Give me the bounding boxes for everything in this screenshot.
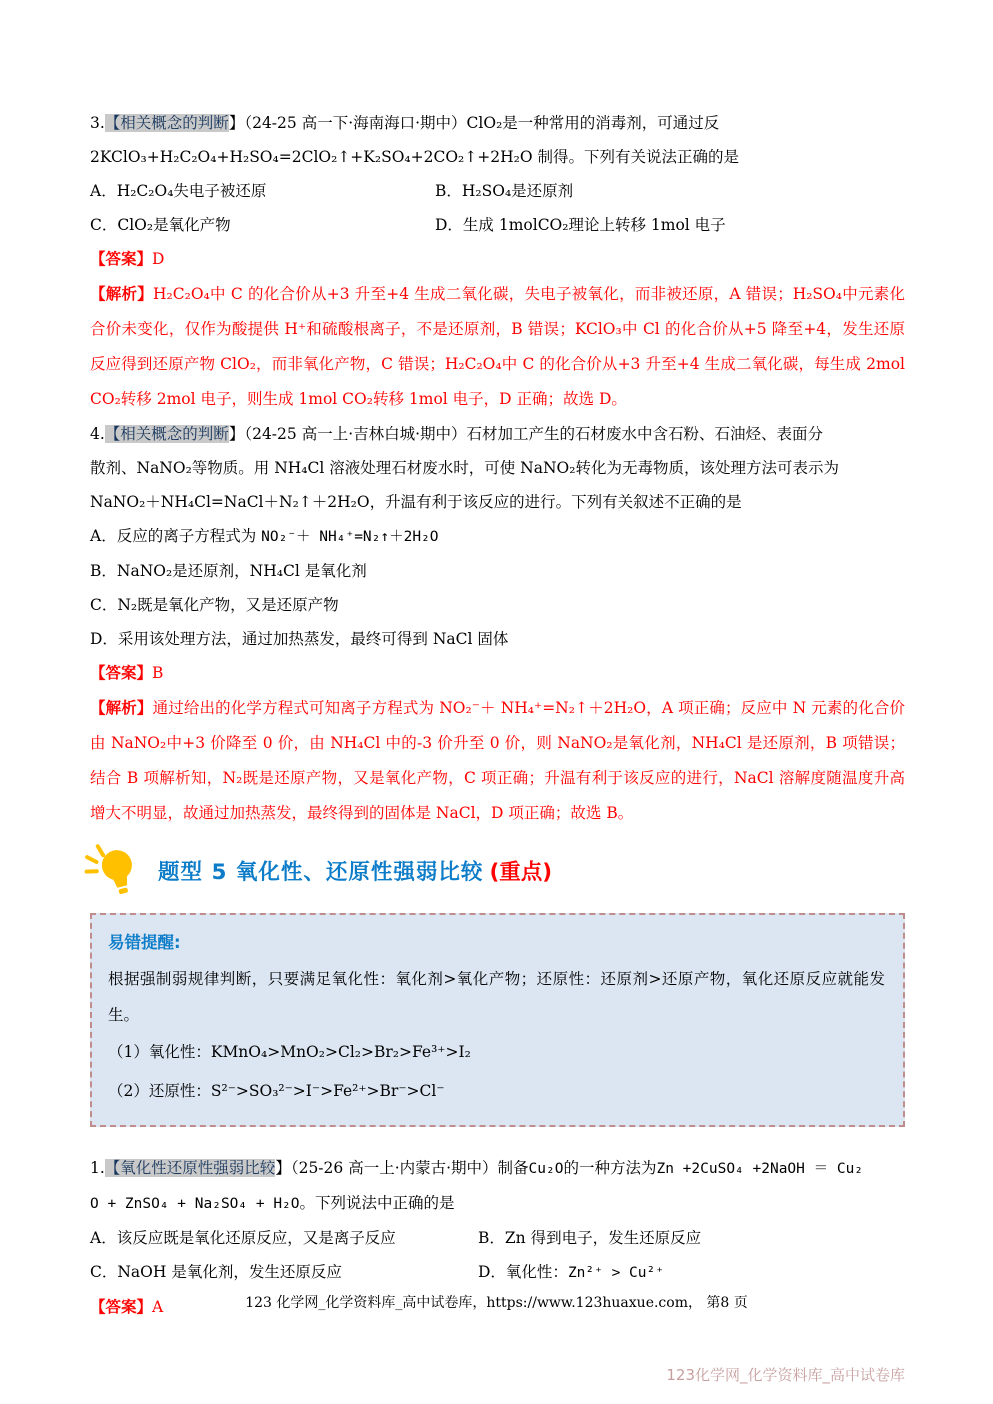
topic-heading: 题型 5 氧化性、还原性强弱比较 (重点) — [84, 839, 905, 901]
mono-text: O + ZnSO₄ + Na₂SO₄ + H₂O — [90, 1196, 300, 1212]
q3-stem-line2: 2KClO₃+H₂C₂O₄+H₂SO₄=2ClO₂↑+K₂SO₄+2CO₂↑+2… — [90, 140, 905, 174]
q1-topic-tag-close: 】 — [275, 1159, 291, 1177]
mono-text: Zn +2CuSO₄ +2NaOH ＝ Cu₂ — [656, 1161, 863, 1177]
q4-answer-value: B — [152, 664, 163, 682]
body-text: （25-26 高一上·内蒙古·期中）制备 — [291, 1159, 529, 1177]
q4-option-b: B．NaNO₂是还原剂，NH₄Cl 是氧化剂 — [90, 554, 905, 588]
question-4: 4.【相关概念的判断】（24-25 高一上·吉林白城·期中）石材加工产生的石材废… — [90, 417, 905, 831]
topic-highlight: (重点) — [489, 855, 552, 886]
q3-options: A．H₂C₂O₄失电子被还原 B．H₂SO₄是还原剂 C．ClO₂是氧化产物 D… — [90, 174, 905, 242]
q1-number: 1. — [90, 1159, 105, 1177]
q3-answer-value: D — [152, 250, 164, 268]
q1-option-a: A．该反应既是氧化还原反应，又是离子反应 — [90, 1221, 478, 1255]
q1-topic-tag: 【氧化性还原性强弱比较 — [105, 1159, 276, 1177]
q4-answer-label: 【答案】 — [90, 663, 152, 682]
q3-answer-line: 【答案】D — [90, 242, 905, 276]
lightbulb-icon — [84, 839, 144, 901]
q4-analysis: 【解析】通过给出的化学方程式可知离子方程式为 NO₂⁻＋ NH₄⁺=N₂↑＋2H… — [90, 690, 905, 831]
q4-answer-line: 【答案】B — [90, 656, 905, 690]
q4-stem-line2: 散剂、NaNO₂等物质。用 NH₄Cl 溶液处理石材废水时，可使 NaNO₂转化… — [90, 451, 905, 485]
q4-topic-tag: 【相关概念的判断 — [105, 425, 229, 443]
q4-analysis-text: 通过给出的化学方程式可知离子方程式为 NO₂⁻＋ NH₄⁺=N₂↑＋2H₂O，A… — [90, 699, 905, 822]
tip-item-reducing: （2）还原性：S²⁻>SO₃²⁻>I⁻>Fe²⁺>Br⁻>Cl⁻ — [108, 1072, 885, 1111]
q1-stem-line1: （25-26 高一上·内蒙古·期中）制备Cu₂O的一种方法为Zn +2CuSO₄… — [291, 1159, 863, 1177]
q4-stem-line1: （24-25 高一上·吉林白城·期中）石材加工产生的石材废水中含石粉、石油烃、表… — [244, 425, 823, 443]
q4-option-c: C．N₂既是氧化产物，又是还原产物 — [90, 588, 905, 622]
topic-title: 题型 5 氧化性、还原性强弱比较 — [158, 855, 483, 886]
q3-analysis-label: 【解析】 — [90, 284, 153, 303]
q3-analysis: 【解析】H₂C₂O₄中 C 的化合价从+3 升至+4 生成二氧化碳，失电子被氧化… — [90, 276, 905, 417]
q3-topic-tag-close: 】 — [229, 114, 245, 132]
mono-text: Cu₂O — [529, 1161, 564, 1177]
body-text: 的一种方法为 — [563, 1159, 656, 1177]
q3-analysis-text: H₂C₂O₄中 C 的化合价从+3 升至+4 生成二氧化碳，失电子被氧化，而非被… — [90, 285, 905, 408]
q3-topic-tag: 【相关概念的判断 — [105, 114, 229, 132]
tip-title: 易错提醒: — [108, 925, 885, 961]
q3-option-d: D．生成 1molCO₂理论上转移 1mol 电子 — [435, 208, 905, 242]
q1-option-b: B．Zn 得到电子，发生还原反应 — [478, 1221, 905, 1255]
q3-option-c: C．ClO₂是氧化产物 — [90, 208, 435, 242]
q4-topic-tag-close: 】 — [229, 425, 245, 443]
q1-option-d: D．氧化性：Zn²⁺ > Cu²⁺ — [478, 1255, 905, 1290]
q1-stem-line2: O + ZnSO₄ + Na₂SO₄ + H₂O。下列说法中正确的是 — [90, 1186, 905, 1221]
body-text: A．反应的离子方程式为 — [90, 527, 261, 545]
body-text: 。下列说法中正确的是 — [300, 1194, 455, 1212]
q3-option-b: B．H₂SO₄是还原剂 — [435, 174, 905, 208]
q4-option-d: D．采用该处理方法，通过加热蒸发，最终可得到 NaCl 固体 — [90, 622, 905, 656]
q3-number: 3. — [90, 114, 105, 132]
q4-analysis-label: 【解析】 — [90, 698, 153, 717]
question-3: 3.【相关概念的判断】（24-25 高一下·海南海口·期中）ClO₂是一种常用的… — [90, 106, 905, 417]
q4-stem-line3: NaNO₂＋NH₄Cl=NaCl＋N₂↑＋2H₂O，升温有利于该反应的进行。下列… — [90, 485, 905, 519]
q3-option-a: A．H₂C₂O₄失电子被还原 — [90, 174, 435, 208]
q3-header-line: 3.【相关概念的判断】（24-25 高一下·海南海口·期中）ClO₂是一种常用的… — [90, 106, 905, 140]
watermark: 123化学网_化学资料库_高中试卷库 — [666, 1364, 905, 1385]
q4-number: 4. — [90, 425, 105, 443]
q3-answer-label: 【答案】 — [90, 249, 152, 268]
page-content: 3.【相关概念的判断】（24-25 高一下·海南海口·期中）ClO₂是一种常用的… — [0, 0, 993, 1324]
q1-option-c: C．NaOH 是氧化剂，发生还原反应 — [90, 1255, 478, 1290]
page-footer: 123 化学网_化学资料库_高中试卷库，https://www.123huaxu… — [0, 1292, 993, 1312]
mono-text: Zn²⁺ > Cu²⁺ — [568, 1265, 664, 1281]
q4-header-line: 4.【相关概念的判断】（24-25 高一上·吉林白城·期中）石材加工产生的石材废… — [90, 417, 905, 451]
document-page: 3.【相关概念的判断】（24-25 高一下·海南海口·期中）ClO₂是一种常用的… — [0, 0, 993, 1324]
q1-header-line: 1.【氧化性还原性强弱比较】（25-26 高一上·内蒙古·期中）制备Cu₂O的一… — [90, 1151, 905, 1186]
q3-stem-line1: （24-25 高一下·海南海口·期中）ClO₂是一种常用的消毒剂，可通过反 — [244, 114, 719, 132]
q1-options: A．该反应既是氧化还原反应，又是离子反应 B．Zn 得到电子，发生还原反应 C．… — [90, 1221, 905, 1290]
body-text: D．氧化性： — [478, 1263, 568, 1281]
mono-text: NO₂⁻＋ NH₄⁺=N₂↑＋2H₂O — [261, 529, 438, 545]
q4-option-a: A．反应的离子方程式为 NO₂⁻＋ NH₄⁺=N₂↑＋2H₂O — [90, 519, 905, 554]
tip-box: 易错提醒: 根据强制弱规律判断，只要满足氧化性：氧化剂>氧化产物；还原性：还原剂… — [90, 913, 905, 1127]
tip-paragraph: 根据强制弱规律判断，只要满足氧化性：氧化剂>氧化产物；还原性：还原剂>还原产物，… — [108, 961, 885, 1033]
tip-item-oxidizing: （1）氧化性：KMnO₄>MnO₂>Cl₂>Br₂>Fe³⁺>I₂ — [108, 1033, 885, 1072]
